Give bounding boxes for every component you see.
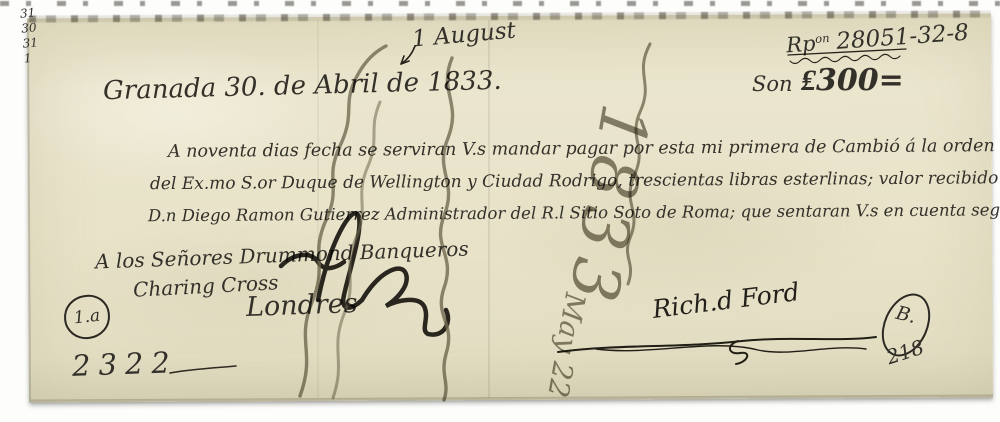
control-number: 2322: [71, 345, 178, 383]
amount-value: ₤300=: [801, 63, 904, 98]
scanned-bill-of-exchange: 31 30 31 1 1 August Rpon 28051-32-8 Gran…: [0, 0, 1000, 422]
copy-number: 1.a: [73, 306, 101, 329]
margin-number: 1: [23, 50, 40, 66]
margin-number: 30: [21, 20, 38, 36]
reference-superscript: on: [815, 31, 830, 46]
reference-prefix: Rp: [785, 31, 816, 57]
margin-number: 31: [19, 5, 36, 21]
city-name: Londres: [245, 288, 358, 323]
page-edge-speckle: [0, 1, 1000, 6]
margin-number: 31: [22, 35, 39, 51]
amount-prefix: Son: [752, 72, 793, 96]
